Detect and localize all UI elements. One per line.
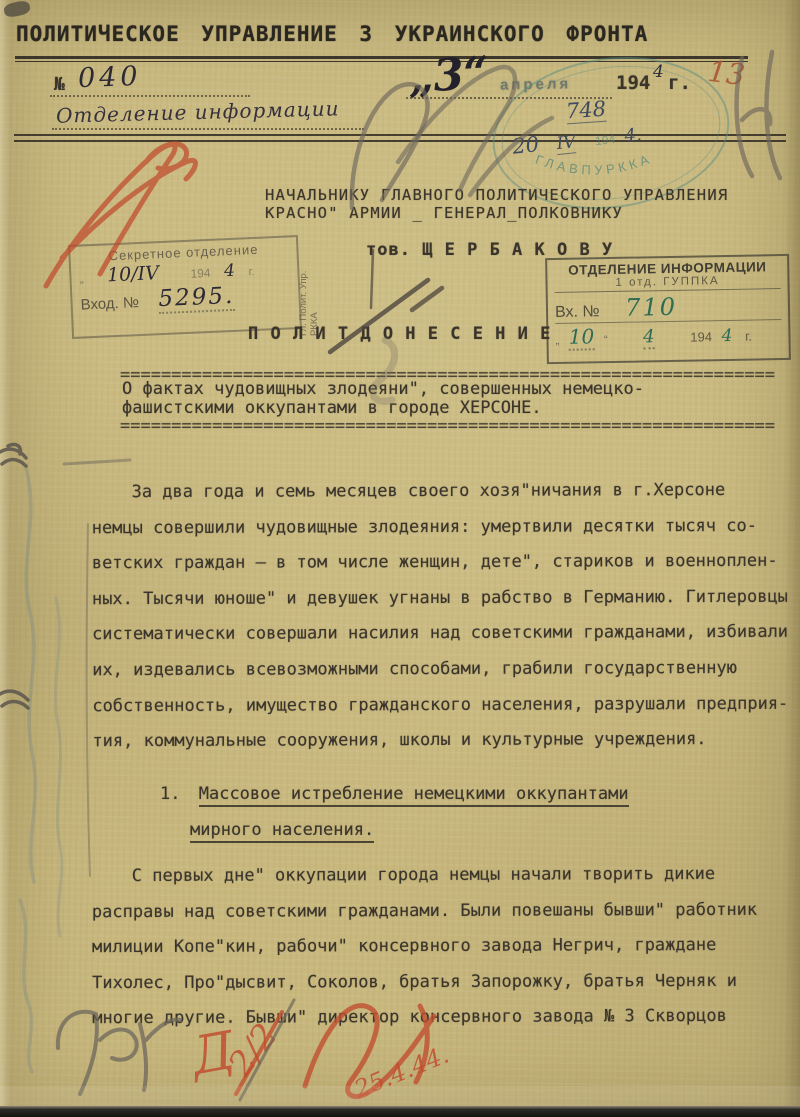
section-1-title-part-2: мирного населения. [190,820,374,843]
pencil-margin-note-3 [20,900,32,1072]
scan-bottom-bar [0,1106,800,1117]
paragraph-1-line: ветских граждан – в том числе женщин, де… [92,544,788,582]
secret-stamp-side-text: Гл. Полит. Упр. РККА [298,240,320,336]
secret-stamp-year-suffix: г. [248,266,254,278]
pencil-margin-line [87,524,90,876]
info-stamp-year-hand: 4 [721,326,732,346]
secret-stamp-year-print: 194 [190,266,211,281]
secret-stamp-entry-value: 5295. [158,283,235,314]
oval-stamp-date-day: 20 [511,132,540,159]
paragraph-1: За два года и семь месяцев своего хозя"н… [92,473,789,760]
paragraph-1-line: ных. Тысячи юноше" и девушек угнаны в ра… [92,580,788,618]
info-stamp-year-print: 194 [690,329,712,344]
pencil-slash-short [412,288,442,310]
department-dotted-line [52,128,364,130]
subject-line-2: фашистскими оккупантами в городе ХЕРСОНЕ… [122,398,542,418]
secret-stamp-entry-label: Вход. № [80,294,139,314]
info-stamp-entry-row: Вх. № 710 [555,291,781,324]
scan-light-band [0,1086,800,1106]
section-1-heading: 1. Массовое истребление немецкими оккупа… [160,777,629,848]
recipient-line-2: КРАСНО" АРМИИ _ ГЕНЕРАЛ_ПОЛКОВНИКУ [265,204,623,222]
section-1-heading-line-1: 1. Массовое истребление немецкими оккупа… [160,777,629,813]
number-dotted-line [50,95,250,97]
paragraph-1-line: немцы совершили чудовищные злодеяния: ум… [92,508,788,546]
doc-number-value: 040 [77,61,142,94]
oval-stamp-year-print: 194 [594,132,615,148]
info-stamp-date-row: „ 10 “ 4 194 4 г. [555,321,781,349]
paragraph-1-line: За два года и семь месяцев своего хозя"н… [92,473,788,511]
subject-separator-bottom: ========================================… [120,416,775,436]
paragraph-2-line: С первых дне" оккупации города немцы нач… [92,857,757,895]
oval-stamp-date-month: IV [556,132,577,155]
paragraph-1-line: систематически совершали насилия над сов… [92,615,788,653]
oval-stamp-year-hand: 4. [623,124,642,147]
section-1-title-part-1: Массовое истребление немецкими оккупанта… [199,784,629,807]
document-page: ПОЛИТИЧЕСКОЕ УПРАВЛЕНИЕ 3 УКРАИНСКОГО ФР… [0,0,800,1117]
section-1-number: 1. [160,784,180,804]
scan-edge-left [0,0,10,1117]
pencil-dash-body [64,460,130,464]
info-stamp-quote-close: “ [604,334,608,346]
secret-stamp-quote: „ [79,271,84,285]
info-stamp-year-suffix: г. [745,329,752,344]
info-stamp-date-day: 10 [569,324,595,350]
paragraph-2-line: расправы над советскими гражданами. Были… [92,892,757,930]
paragraph-1-line: собственность, имущество гражданского на… [92,686,788,724]
letterhead-title: ПОЛИТИЧЕСКОЕ УПРАВЛЕНИЕ 3 УКРАИНСКОГО ФР… [16,22,648,46]
secret-stamp-year-hand: 4 [224,261,236,281]
pencil-margin-note-1 [26,468,35,882]
paragraph-2: С первых дне" оккупации города немцы нач… [92,857,758,1037]
info-stamp-date-month: 4 [643,326,655,349]
section-1-heading-line-2: мирного населения. [160,813,629,849]
date-day-handwritten: „3“ [406,47,491,104]
department-line: Отделение информации [56,96,340,127]
info-stamp: ОТДЕЛЕНИЕ ИНФОРМАЦИИ 1 отд. ГУППКА Вх. №… [545,254,791,364]
paragraph-2-line: Тихолес, Про"дысвит, Соколов, братья Зап… [92,964,757,1002]
pencil-margin-note-2 [56,598,62,936]
secret-stamp-date-hand: 10/IV [107,262,160,286]
info-stamp-entry-label: Вх. № [555,303,600,321]
recipient-line-1: НАЧАЛЬНИКУ ГЛАВНОГО ПОЛИТИЧЕСКОГО УПРАВЛ… [265,186,728,204]
doc-number-sign: № [54,74,65,95]
paragraph-1-line: тия, коммунальные сооружения, школы и ку… [92,722,788,760]
paragraph-1-line: их, издевались всевозможными способами, … [92,651,788,689]
subject-line-1: О фактах чудовищных злодеяни", совершенн… [122,379,644,399]
doc-type-heading: П О Л И Т Д О Н Е С Е Н И Е [248,324,551,344]
paragraph-2-line: милиции Копе"кин, рабочи" консервного за… [92,928,757,966]
info-stamp-quote-open: „ [555,335,559,347]
info-stamp-entry-value: 710 [625,293,677,322]
oval-stamp-number: 748 [565,97,607,125]
secret-stamp-side-line-2: РККА [309,240,320,336]
